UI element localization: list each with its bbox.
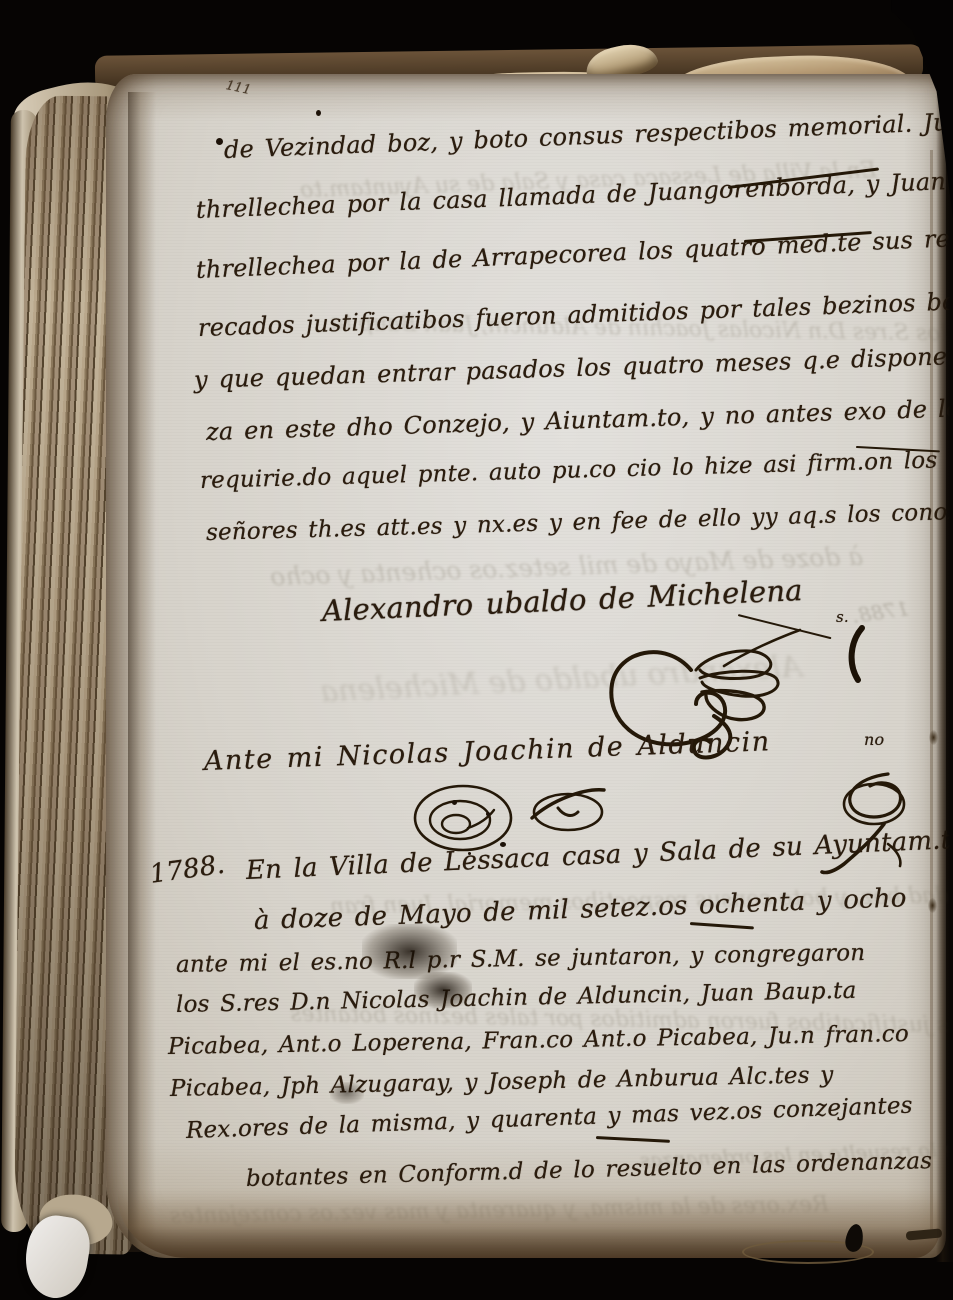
ink-blotch (362, 924, 457, 979)
ink-speck (216, 138, 223, 145)
ink-speck (500, 842, 506, 847)
s-flourish-icon (792, 768, 912, 883)
ink-speck (452, 800, 457, 805)
manuscript-photo: En la Villa de Lessaca casa y Sala de su… (0, 0, 953, 1300)
attestation-superscript: no (864, 730, 884, 749)
crossed-oval-flourish-icon (528, 782, 608, 837)
ink-speck (468, 852, 471, 855)
gutter-shadow (128, 92, 156, 1252)
ink-blotch (330, 1082, 364, 1104)
ink-blotch (414, 972, 472, 1008)
ink-speck (486, 812, 490, 816)
crescent-stroke-icon (840, 624, 870, 684)
ink-speck (316, 110, 321, 116)
page-right-gap (936, 52, 953, 1262)
